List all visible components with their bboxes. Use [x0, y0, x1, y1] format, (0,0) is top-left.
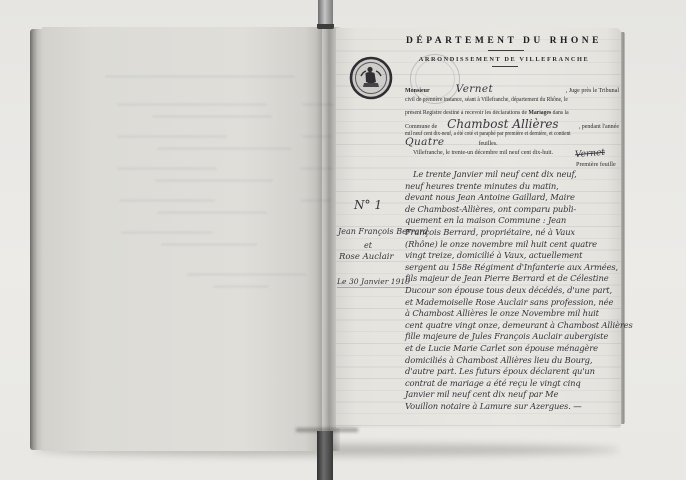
department-heading: DÉPARTEMENT DU RHONE [396, 36, 612, 46]
ghost-row [187, 273, 307, 276]
form-line-tribunal: civil de première instance, séant à Vill… [405, 97, 619, 103]
judge-name-handwritten: Vernet [456, 83, 493, 95]
feuilles-label: feuilles. [478, 141, 497, 147]
form-line-judge: Monsieur Vernet , Juge près le Tribunal [405, 83, 619, 95]
ghost-row [157, 147, 292, 150]
form-monsieur-label: Monsieur [405, 88, 430, 94]
marriage-record-body: Le trente Janvier mil neuf cent dix neuf… [405, 169, 621, 412]
ghost-row [117, 103, 267, 106]
heading-rule [488, 50, 524, 51]
right-page-stack-edge [621, 32, 625, 424]
record-line: Janvier mil neuf cent dix neuf par Me [405, 389, 621, 401]
commune-de-label: Commune de [405, 124, 437, 130]
record-line: Ducour son épouse tous deux décédés, d'u… [405, 285, 621, 297]
ghost-row [105, 75, 295, 78]
record-line: de Chambost-Allières, ont comparu publi- [405, 204, 621, 216]
form-line-registre: présent Registre destiné à recevoir les … [405, 110, 619, 116]
record-line: vingt treize, domicilié à Vaux, actuelle… [405, 250, 621, 262]
record-line: et Mademoiselle Rose Auclair sans profes… [405, 297, 621, 309]
ghost-row [117, 167, 217, 170]
record-line: neuf heures trente minutes du matin, [405, 181, 621, 193]
sheet-count-handwritten: Quatre [405, 136, 444, 148]
record-line: (Rhône) le onze novembre mil huit cent q… [405, 239, 621, 251]
ghost-row [161, 243, 257, 246]
heading-rule [492, 66, 518, 67]
form-line3-pre: présent Registre destiné à recevoir les … [405, 110, 528, 116]
form-line4-post: , pendant l'année [579, 124, 619, 130]
show-through-ghost-text [97, 75, 347, 290]
record-line: domiciliés à Chambost Allières lieu du B… [405, 355, 621, 367]
arrondissement-heading: ARRONDISSEMENT DE VILLEFRANCHE [396, 56, 612, 63]
ghost-row [155, 179, 273, 182]
record-line: Vouillon notaire à Lamure sur Azergues. … [405, 401, 621, 413]
record-line: fille majeure de Jules François Auclair … [405, 331, 621, 343]
form-line-commune: Commune de Chambost Allières , pendant l… [405, 117, 619, 131]
record-line: Le trente Janvier mil neuf cent dix neuf… [405, 169, 621, 181]
record-line: sergent au 158e Régiment d'Infanterie au… [405, 262, 621, 274]
clamp-rod-bottom-icon [317, 431, 333, 480]
form-line3-text: présent Registre destiné à recevoir les … [405, 110, 569, 116]
margin-conjunction: et [364, 241, 372, 250]
form-line1-rest: , Juge près le Tribunal [566, 88, 619, 94]
form-line2-text: civil de première instance, séant à Vill… [405, 97, 568, 103]
record-line: fils majeur de Jean Pierre Berrard et de… [405, 273, 621, 285]
ghost-row [157, 211, 267, 214]
clamp-rod-top-cap [317, 24, 334, 29]
record-line: François Berrard, propriétaire, né à Vau… [405, 227, 621, 239]
form-line-feuilles: Quatre feuilles. [405, 136, 619, 148]
record-line: quement en la maison Commune : Jean [405, 215, 621, 227]
ghost-row [119, 199, 215, 202]
record-line: contrat de mariage a été reçu le vingt c… [405, 378, 621, 390]
ghost-row [121, 231, 213, 234]
record-line: d'autre part. Les futurs époux déclarent… [405, 366, 621, 378]
official-seal-icon [349, 56, 393, 100]
left-page-stack-edge [30, 29, 42, 450]
form-line3-post: dans la [551, 110, 568, 116]
record-line: devant nous Jean Antoine Gaillard, Maire [405, 192, 621, 204]
first-sheet-label: Première feuille [576, 161, 616, 168]
ghost-row [152, 115, 272, 118]
margin-act-number: N° 1 [354, 198, 382, 212]
left-page [42, 27, 322, 451]
mariages-label: Mariages [528, 110, 551, 116]
record-line: et de Lucie Marie Carlet son épouse ména… [405, 343, 621, 355]
form-date-text: Villefranche, le trente-un décembre mil … [413, 150, 553, 156]
margin-bride-name: Rose Auclair [339, 252, 394, 262]
ghost-row [213, 285, 269, 288]
commune-name-handwritten: Chambost Allières [447, 117, 558, 131]
record-line: à Chambost Allières le onze Novembre mil… [405, 308, 621, 320]
ghost-row [117, 135, 227, 138]
margin-date: Le 30 Janvier 1919 [337, 277, 410, 288]
record-line: cent quatre vingt onze, demeurant à Cham… [405, 320, 621, 332]
